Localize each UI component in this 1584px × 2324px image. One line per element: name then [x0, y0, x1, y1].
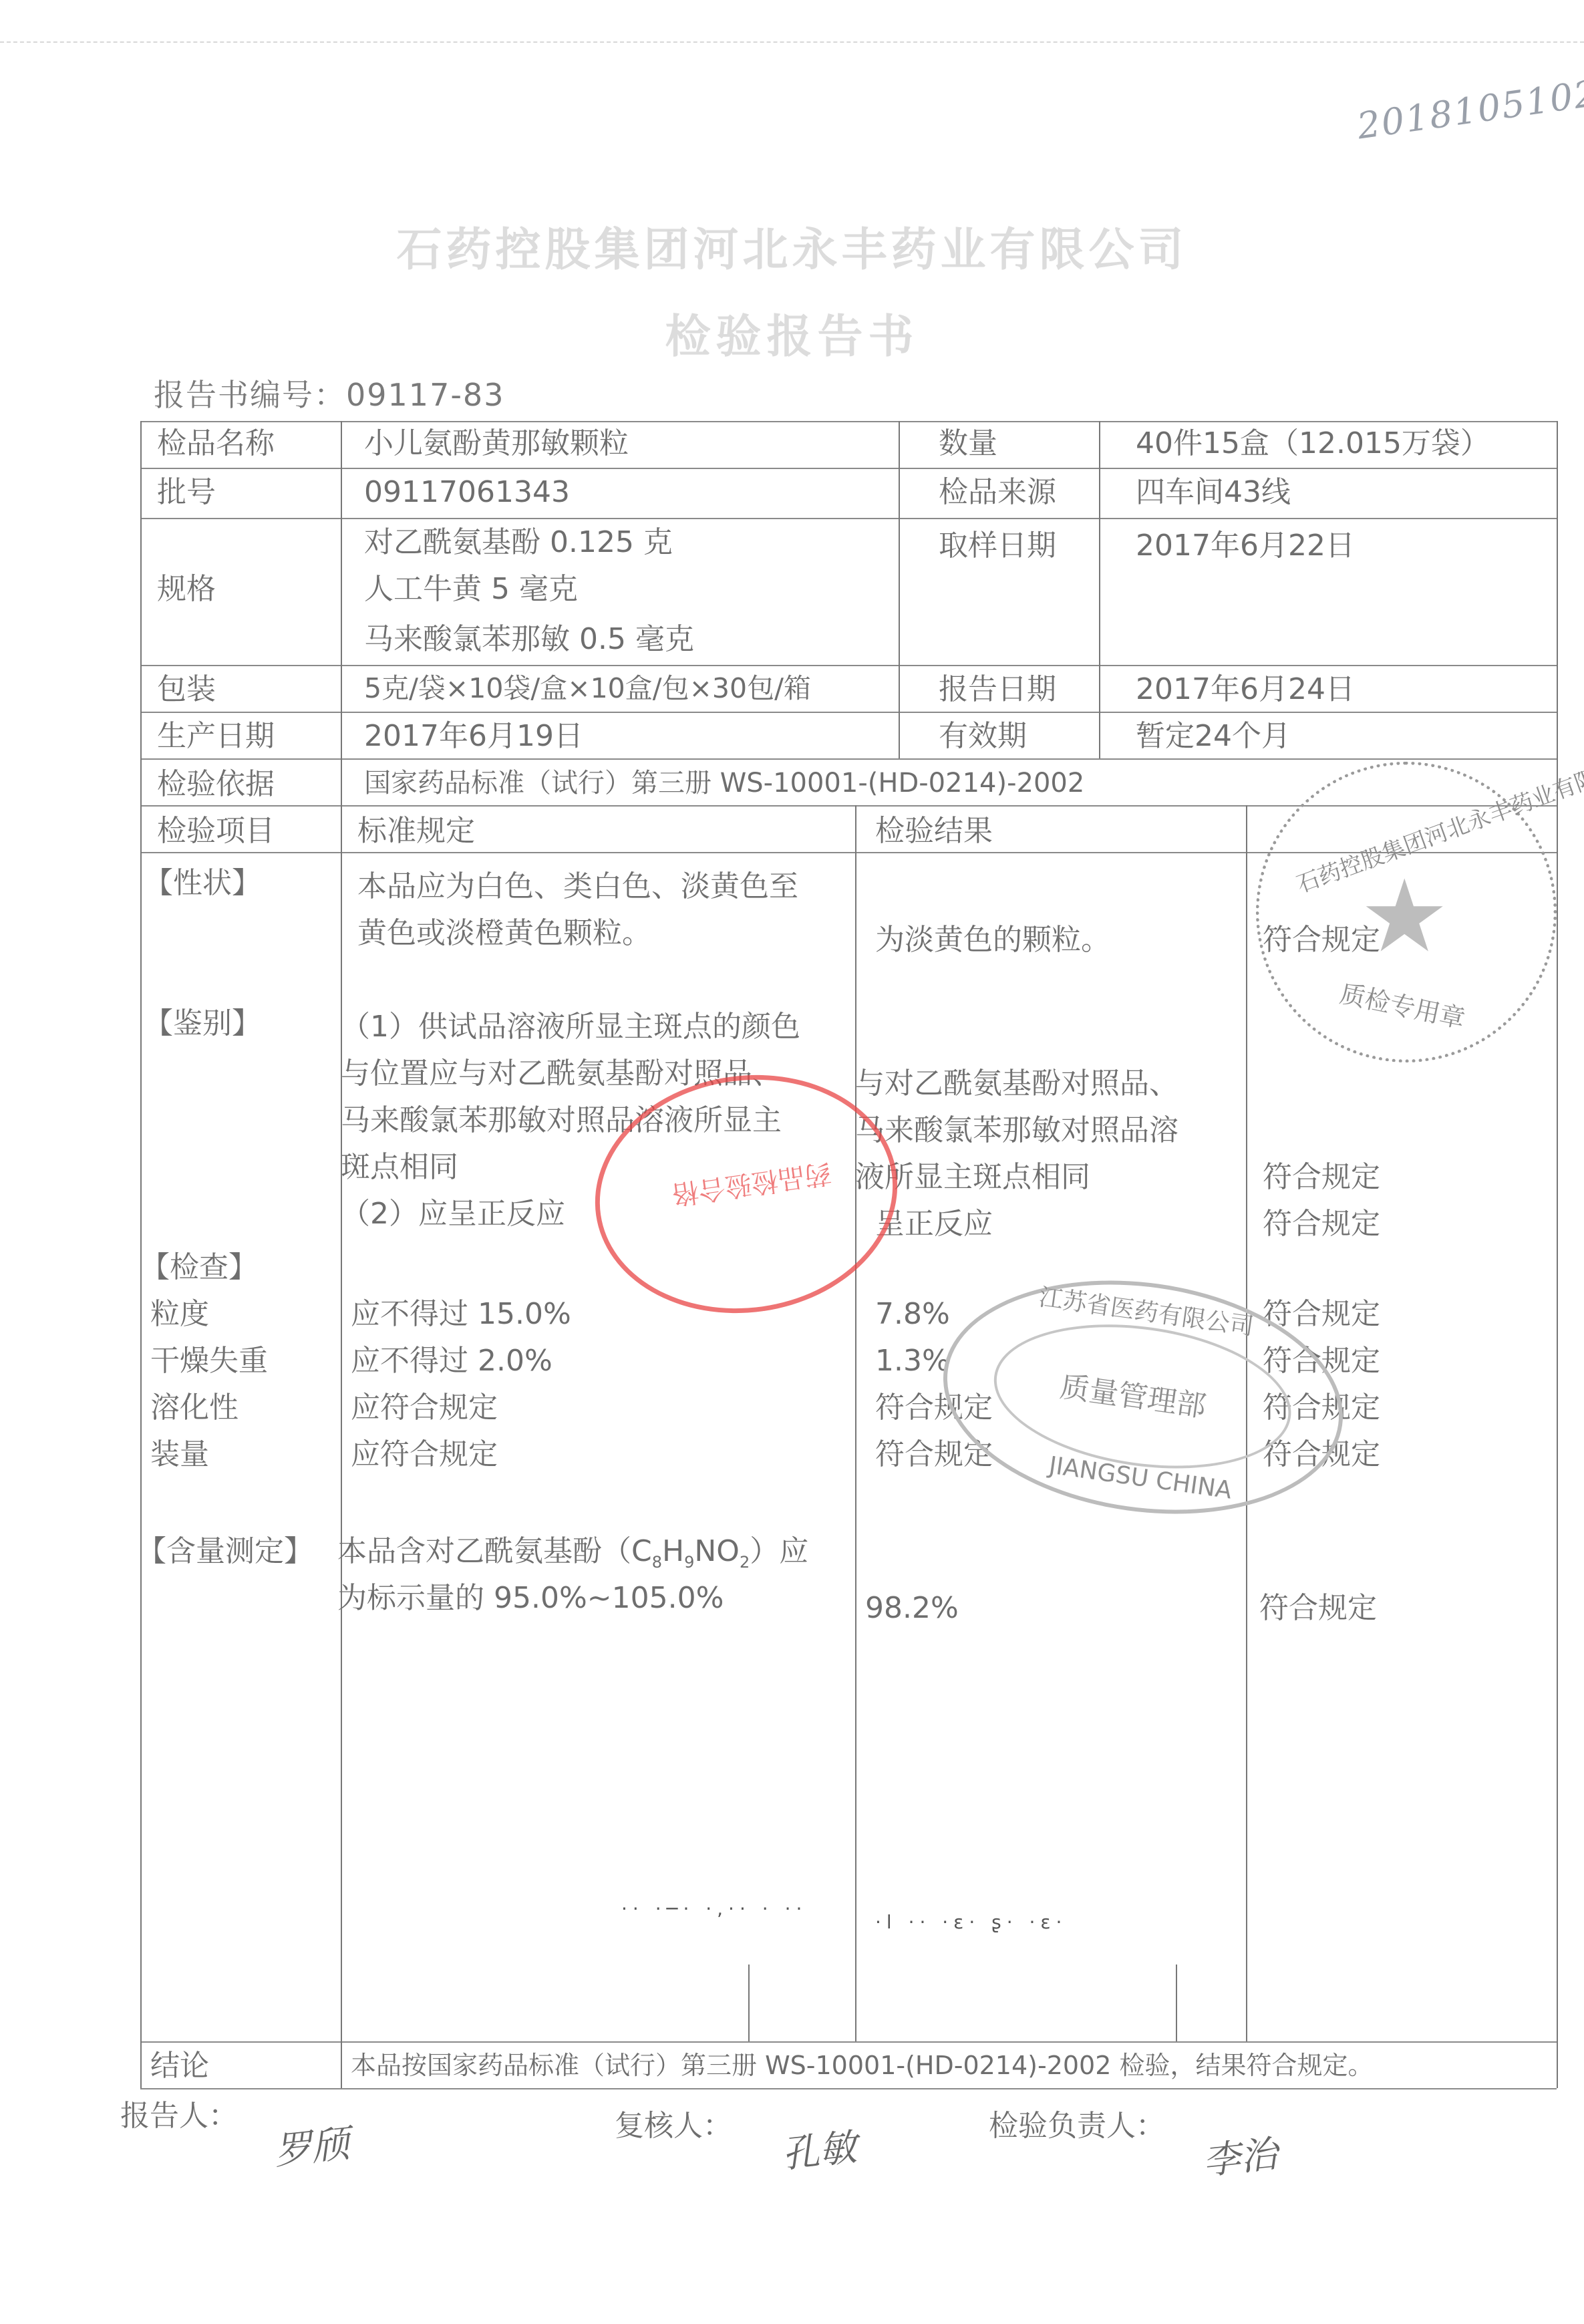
report-date-label: 报告日期 [939, 675, 1056, 704]
quality-inspection-seal: ★ 石药控股集团河北永丰药业有限公司 质检专用章 [1256, 762, 1557, 1062]
inspection-item: 装量 [150, 1440, 209, 1469]
inspection-label: 【检查】 [140, 1253, 258, 1282]
inspection-result: 1.3% [875, 1346, 950, 1376]
inspection-conclusion: 符合规定 [1263, 1346, 1380, 1376]
seal-text: 质检专用章 [1337, 973, 1468, 1035]
expiry-value: 暂定24个月 [1136, 722, 1291, 751]
inspection-result: 符合规定 [875, 1440, 993, 1469]
reporter-label: 报告人： [120, 2101, 238, 2131]
identification-conclusion: 符合规定 [1263, 1163, 1380, 1192]
responsible-label: 检验负责人： [989, 2112, 1165, 2141]
quantity-value: 40件15盒（12.015万袋） [1136, 429, 1490, 458]
product-name-value: 小儿氨酚黄那敏颗粒 [364, 429, 629, 458]
company-name: 石药控股集团河北永丰药业有限公司 [0, 214, 1584, 279]
scan-noise: ·l ·· ·ɛ· ʂ· ·ɛ· [875, 1911, 1067, 1933]
seal-text: 江苏省医药有限公司 [1037, 1278, 1256, 1342]
assay-label: 【含量测定】 [137, 1537, 313, 1566]
sampling-date-label: 取样日期 [939, 531, 1056, 561]
inspection-conclusion: 符合规定 [1263, 1393, 1380, 1423]
inspection-standard: 应不得过 2.0% [351, 1346, 552, 1376]
identification-label: 【鉴别】 [144, 1009, 261, 1038]
scan-noise: ·· ·─· ·,·· · ·· [621, 1898, 807, 1920]
reviewer-signature: 孔敏 [779, 2118, 859, 2178]
identification-result: 液所显主斑点相同 [855, 1163, 1090, 1192]
scan-artifact-line [0, 41, 1584, 43]
conclusion-label: 结论 [150, 2051, 209, 2081]
inspection-conclusion: 符合规定 [1263, 1440, 1380, 1469]
identification-result: 呈正反应 [875, 1209, 993, 1239]
report-number: 报告书编号：09117-83 [154, 371, 504, 415]
seal-text: 药品检验合格 [670, 1155, 834, 1215]
inspection-item: 粒度 [150, 1300, 209, 1329]
basis-label: 检验依据 [157, 770, 275, 799]
identification-result: 马来酸氯苯那敏对照品溶 [855, 1116, 1178, 1145]
inspection-conclusion: 符合规定 [1263, 1300, 1380, 1329]
handwritten-archive-number: 20181051024 [1355, 68, 1584, 147]
reporter-signature: 罗颀 [271, 2114, 351, 2175]
production-date-label: 生产日期 [157, 722, 275, 751]
product-name-label: 检品名称 [157, 429, 275, 458]
identification-standard: 斑点相同 [341, 1153, 458, 1182]
expiry-label: 有效期 [939, 722, 1027, 751]
source-label: 检品来源 [939, 478, 1056, 507]
assay-result: 98.2% [865, 1594, 959, 1623]
inspection-standard: 应符合规定 [351, 1393, 498, 1423]
source-value: 四车间43线 [1136, 478, 1291, 507]
identification-standard: （2）应呈正反应 [341, 1199, 565, 1229]
star-icon: ★ [1360, 859, 1449, 975]
report-date-value: 2017年6月24日 [1136, 675, 1355, 704]
quantity-label: 数量 [939, 429, 997, 458]
inspection-result: 符合规定 [875, 1393, 993, 1423]
identification-standard: 马来酸氯苯那敏对照品溶液所显主 [341, 1106, 782, 1135]
spec-label: 规格 [157, 575, 216, 604]
basis-value: 国家药品标准（试行）第三册 WS-10001-(HD-0214)-2002 [364, 770, 1084, 796]
spec-line: 马来酸氯苯那敏 0.5 毫克 [364, 625, 694, 654]
identification-standard: 与位置应与对乙酰氨基酚对照品、 [341, 1059, 782, 1088]
appearance-conclusion: 符合规定 [1263, 925, 1380, 955]
appearance-standard: 黄色或淡橙黄色颗粒。 [357, 919, 651, 948]
assay-conclusion: 符合规定 [1259, 1594, 1377, 1623]
packaging-label: 包装 [157, 675, 216, 704]
batch-label: 批号 [157, 478, 216, 507]
conclusion-text: 本品按国家药品标准（试行）第三册 WS-10001-(HD-0214)-2002… [351, 2053, 1374, 2078]
spec-line: 人工牛黄 5 毫克 [364, 575, 578, 604]
report-number-label: 报告书编号： [154, 377, 346, 413]
production-date-value: 2017年6月19日 [364, 722, 583, 751]
reviewer-label: 复核人： [615, 2112, 732, 2141]
identification-standard: （1）供试品溶液所显主斑点的颜色 [341, 1012, 800, 1042]
packaging-value: 5克/袋×10袋/盒×10盒/包×30包/箱 [364, 675, 811, 702]
seal-text: 质量管理部 [1058, 1362, 1209, 1425]
identification-conclusion: 符合规定 [1263, 1209, 1380, 1239]
batch-value: 09117061343 [364, 478, 570, 507]
col-header-result: 检验结果 [875, 817, 993, 846]
inspection-standard: 应不得过 15.0% [351, 1300, 571, 1329]
responsible-signature: 李治 [1200, 2124, 1280, 2185]
appearance-standard: 本品应为白色、类白色、淡黄色至 [357, 872, 798, 901]
seal-text: 石药控股集团河北永丰药业有限公司 [1291, 744, 1584, 899]
assay-standard-line: 本品含对乙酰氨基酚（C8H9NO2）应 [337, 1537, 808, 1570]
appearance-result: 为淡黄色的颗粒。 [875, 925, 1110, 955]
assay-standard-line: 为标示量的 95.0%~105.0% [337, 1584, 724, 1613]
inspection-standard: 应符合规定 [351, 1440, 498, 1469]
inspection-item: 干燥失重 [150, 1346, 268, 1376]
inspection-item: 溶化性 [150, 1393, 239, 1423]
inspection-result: 7.8% [875, 1300, 950, 1329]
col-header-standard: 标准规定 [357, 817, 475, 846]
document-title: 检验报告书 [0, 301, 1584, 366]
seal-text: JIANGSU CHINA [1048, 1452, 1234, 1505]
report-number-value: 09117-83 [346, 377, 504, 413]
col-header-item: 检验项目 [157, 817, 275, 846]
spec-line: 对乙酰氨基酚 0.125 克 [364, 528, 673, 557]
identification-result: 与对乙酰氨基酚对照品、 [855, 1069, 1178, 1099]
sampling-date-value: 2017年6月22日 [1136, 531, 1355, 561]
appearance-label: 【性状】 [144, 869, 261, 898]
